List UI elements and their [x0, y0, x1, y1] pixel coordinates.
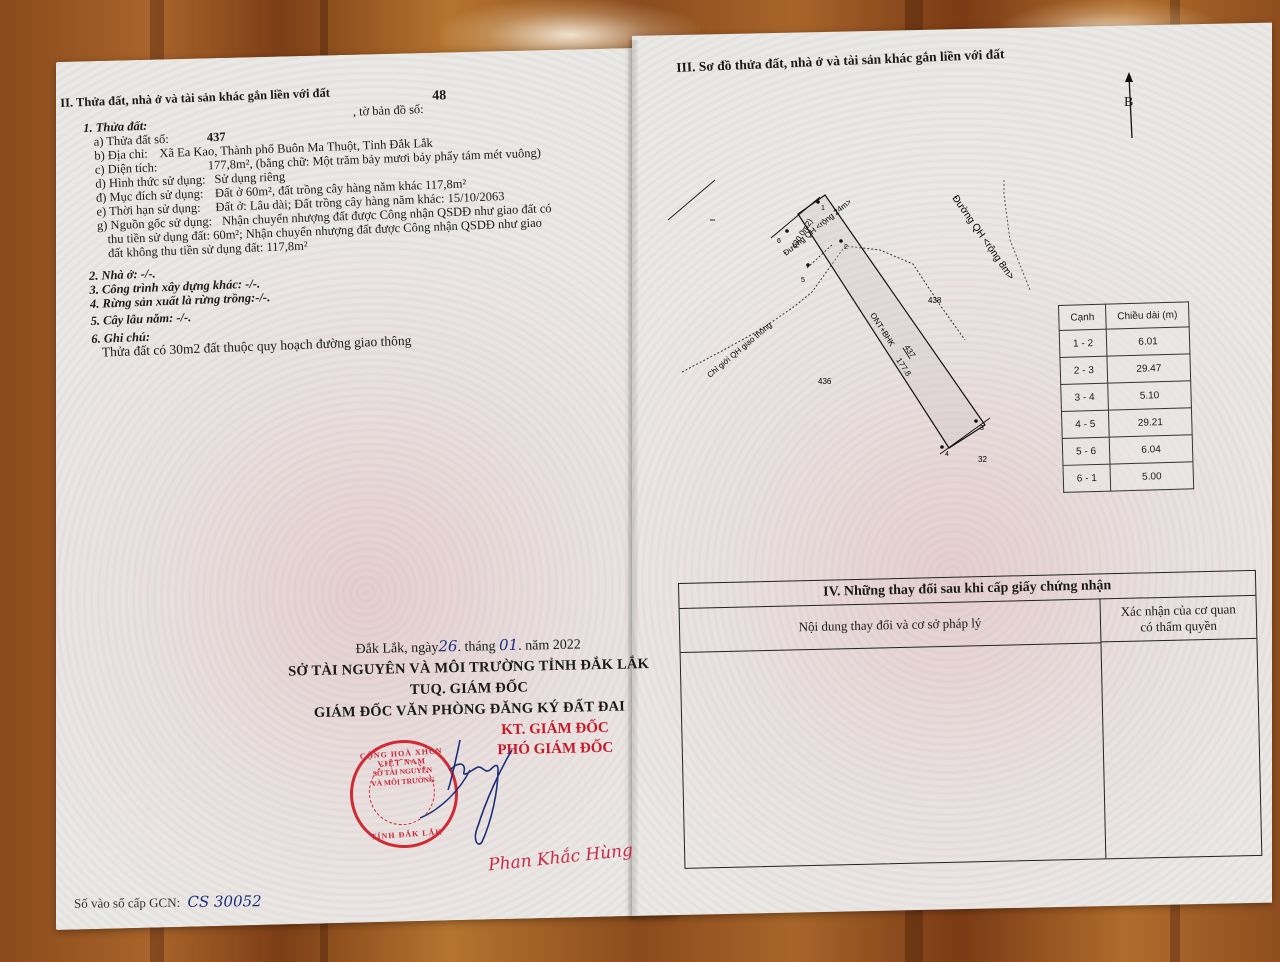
map-sheet-label: , tờ bản đồ số:: [353, 102, 424, 119]
edge-cell: 4 - 5: [1061, 410, 1109, 438]
date-month: 01: [499, 636, 518, 654]
changes-after-issuance-table: IV. Những thay đổi sau khi cấp giấy chứn…: [678, 570, 1262, 869]
traffic-boundary-label: Chỉ giới QH giao thông: [706, 320, 774, 379]
land-parcel-section: II. Thửa đất, nhà ở và tài sản khác gắn …: [60, 73, 660, 360]
vertex-5-label: 5: [801, 277, 805, 284]
neighbor-438-label: 438: [928, 296, 942, 305]
date-prefix: Đắk Lắk, ngày: [355, 640, 438, 657]
parcel-number: 437: [207, 130, 226, 145]
neighbor-436-label: 436: [818, 377, 832, 386]
road-8m-label: Đường QH <rộng 8m>: [950, 193, 1017, 282]
parcel-diagram: 1 2 3 4 5 6 Đường QH <rộng 24m> Đường QH…: [660, 100, 1080, 480]
table-row: 6 - 15.00: [1063, 462, 1194, 493]
edge-cell: 5 - 6: [1062, 437, 1110, 465]
date-year: năm 2022: [525, 637, 581, 653]
length-header: Chiều dài (m): [1105, 302, 1189, 329]
handwritten-signature: [420, 730, 540, 850]
gcn-value: CS 30052: [187, 892, 261, 911]
date-month-label: tháng: [464, 639, 495, 655]
vertex-6-label: 6: [777, 238, 781, 245]
edge-cell: 6 - 1: [1063, 464, 1111, 492]
length-cell: 5.00: [1110, 462, 1194, 491]
length-cell: 29.21: [1108, 408, 1192, 437]
table-row: 1 - 26.01: [1059, 327, 1190, 358]
length-cell: 6.04: [1109, 435, 1193, 464]
edge-header: Cạnh: [1059, 304, 1107, 330]
vertex-3-label: 3: [980, 425, 984, 432]
neighbor-32-label: 32: [978, 455, 987, 464]
table-row: 3 - 45.10: [1061, 381, 1192, 412]
edge-cell: 2 - 3: [1060, 356, 1108, 384]
gcn-register-number: Số vào sổ cấp GCN: CS 30052: [74, 892, 262, 912]
gcn-label: Số vào sổ cấp GCN:: [74, 895, 180, 911]
table-row: 5 - 66.04: [1062, 435, 1193, 466]
vertex-2-label: 2: [844, 244, 848, 251]
map-sheet-number: 48: [432, 89, 447, 104]
authority-confirmation-header: Xác nhận của cơ quan có thẩm quyền: [1099, 595, 1256, 643]
table-row: 4 - 529.21: [1061, 408, 1192, 439]
length-cell: 6.01: [1106, 327, 1190, 356]
edge-cell: 1 - 2: [1059, 329, 1107, 357]
north-label: B: [1124, 95, 1133, 111]
length-cell: 5.10: [1108, 381, 1192, 410]
vertex-4-label: 4: [945, 451, 949, 458]
table-row: 2 - 329.47: [1060, 354, 1191, 385]
vertex-1-label: 1: [821, 205, 825, 212]
change-content-header: Nội dung thay đổi và cơ sở pháp lý: [680, 598, 1101, 653]
date-day: 26: [438, 637, 457, 655]
edge-length-table: Cạnh Chiều dài (m) 1 - 26.01 2 - 329.47 …: [1058, 301, 1194, 493]
length-cell: 29.47: [1107, 354, 1191, 383]
edge-cell: 3 - 4: [1061, 383, 1109, 411]
